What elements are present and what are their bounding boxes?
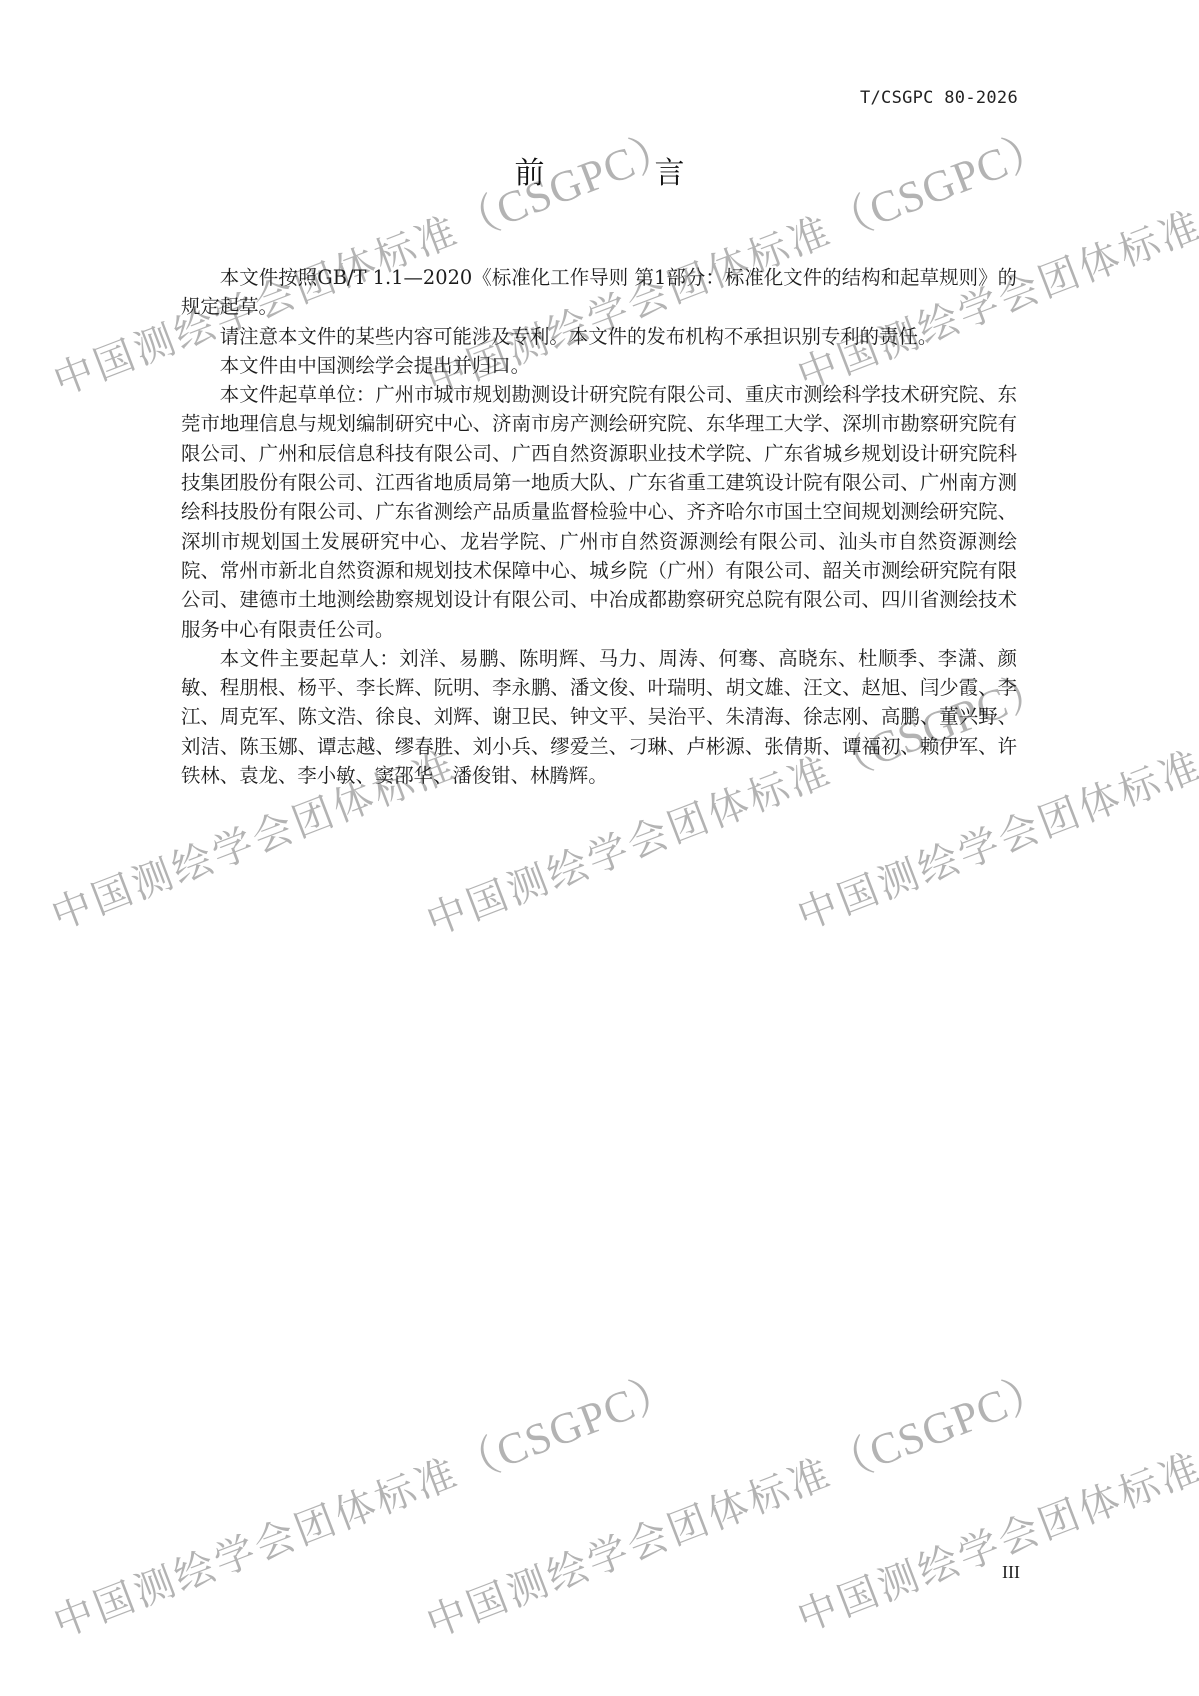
- document-page: 中国测绘学会团体标准（CSGPC） 中国测绘学会团体标准（CSGPC） 中国测绘…: [0, 0, 1199, 1696]
- paragraph-drafting-units: 本文件起草单位：广州市城市规划勘测设计研究院有限公司、重庆市测绘科学技术研究院、…: [181, 380, 1017, 644]
- document-code: T/CSGPC 80-2026: [860, 88, 1018, 108]
- page-title: 前 言: [0, 148, 1199, 192]
- foreword-body: 本文件按照GB/T 1.1—2020《标准化工作导则 第1部分：标准化文件的结构…: [181, 263, 1017, 790]
- paragraph-patent-notice: 请注意本文件的某些内容可能涉及专利。本文件的发布机构不承担识别专利的责任。: [181, 322, 1017, 351]
- paragraph-drafters: 本文件主要起草人：刘洋、易鹏、陈明辉、马力、周涛、何骞、高晓东、杜顺季、李潇、颜…: [181, 644, 1017, 790]
- page-title-text: 前 言: [515, 156, 725, 191]
- paragraph-proposer: 本文件由中国测绘学会提出并归口。: [181, 351, 1017, 380]
- content-layer: T/CSGPC 80-2026 前 言 本文件按照GB/T 1.1—2020《标…: [0, 0, 1199, 1696]
- page-number: III: [1002, 1562, 1020, 1583]
- paragraph-drafting-rules: 本文件按照GB/T 1.1—2020《标准化工作导则 第1部分：标准化文件的结构…: [181, 263, 1017, 322]
